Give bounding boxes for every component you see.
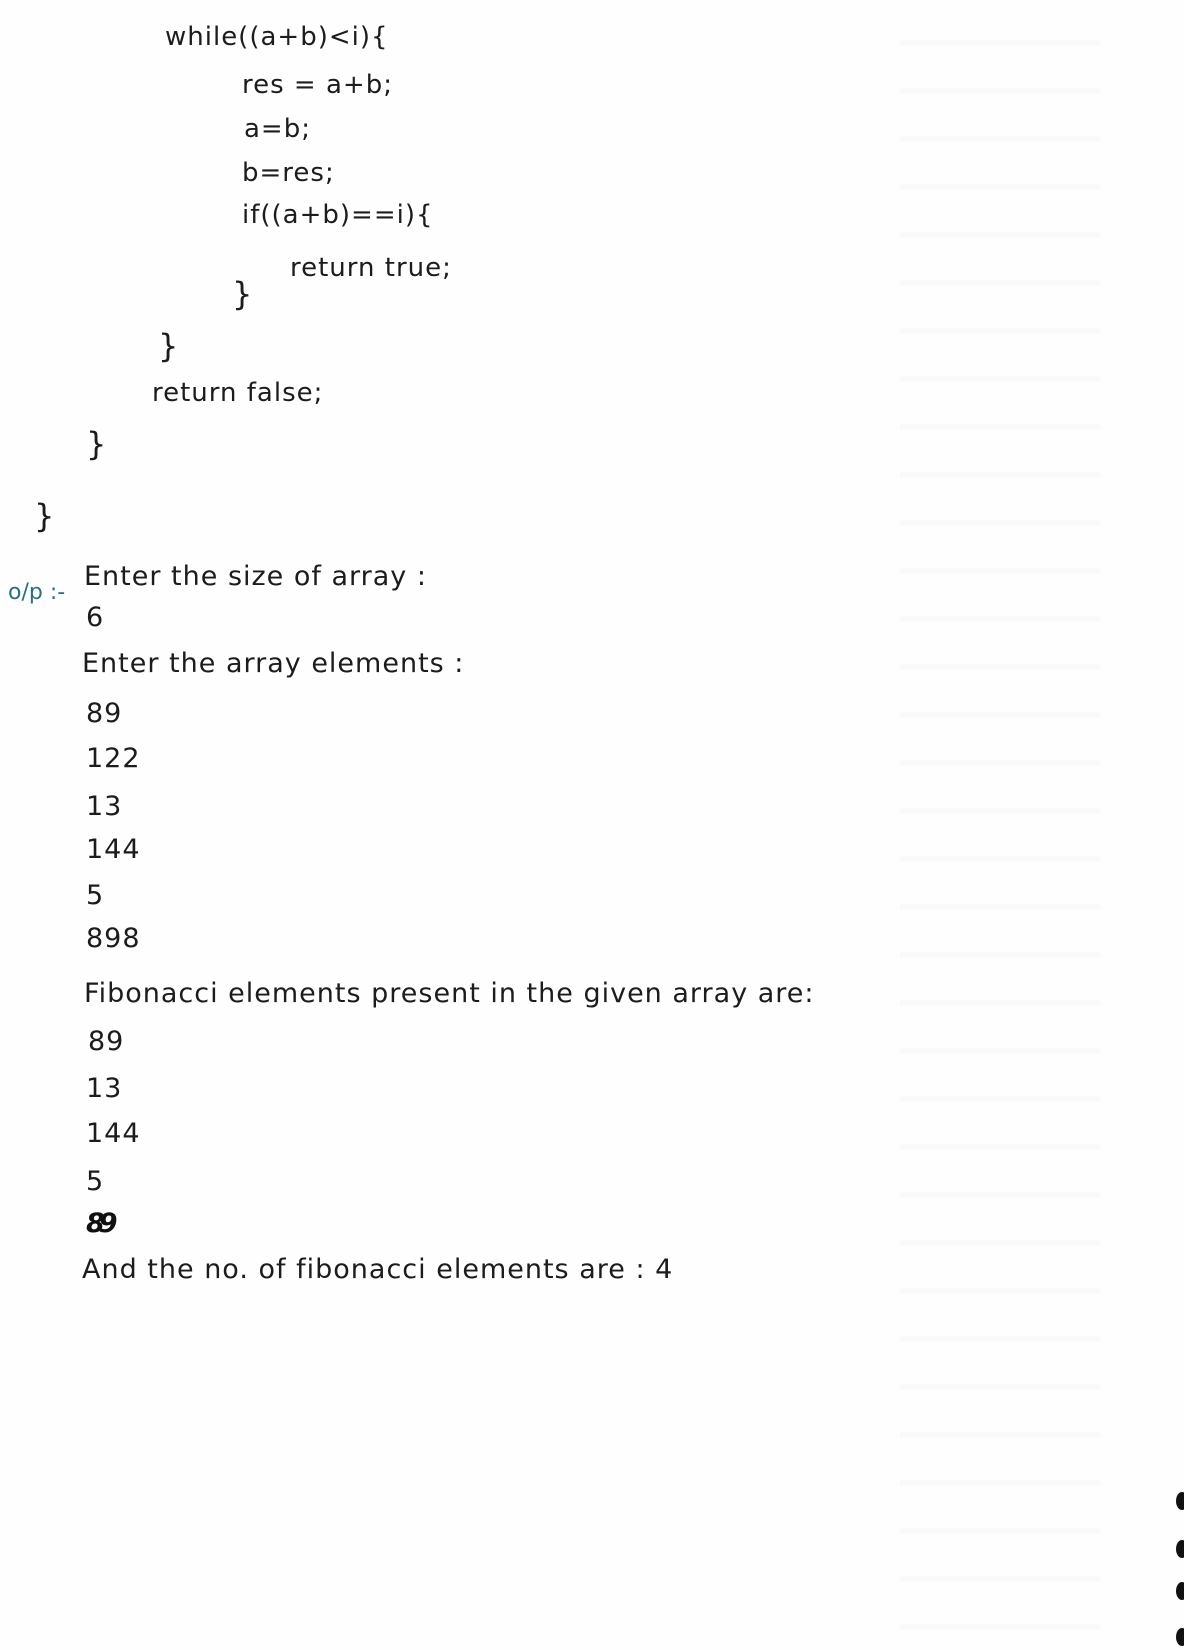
code-line-a-assign: a=b; — [244, 116, 311, 142]
code-brace-class-close: } — [34, 500, 55, 532]
code-brace-if-close: } — [232, 278, 253, 310]
prompt-array-elements: Enter the array elements : — [82, 650, 464, 677]
bleed-through-texture — [900, 0, 1100, 1650]
struck-out-value: 89 — [86, 1210, 112, 1237]
code-line-b-assign: b=res; — [242, 160, 335, 186]
code-line-if: if((a+b)==i){ — [242, 202, 434, 228]
fibonacci-count-line: And the no. of fibonacci elements are : … — [82, 1256, 673, 1283]
output-label: o/p :- — [8, 580, 65, 605]
binding-hole-icon — [1176, 1628, 1184, 1646]
prompt-array-size: Enter the size of array : — [84, 563, 427, 590]
code-line-return-true: return true; — [290, 255, 452, 281]
code-line-while: while((a+b)<i){ — [165, 24, 389, 50]
input-element: 5 — [86, 882, 104, 909]
code-brace-method-close: } — [86, 428, 107, 460]
fibonacci-element: 5 — [86, 1168, 104, 1195]
fibonacci-element: 89 — [88, 1028, 124, 1055]
code-line-return-false: return false; — [152, 380, 323, 406]
input-element: 89 — [86, 700, 122, 727]
fibonacci-result-heading: Fibonacci elements present in the given … — [84, 980, 815, 1007]
binding-hole-icon — [1176, 1582, 1184, 1600]
notebook-page: while((a+b)<i){ res = a+b; a=b; b=res; i… — [0, 0, 1184, 1650]
fibonacci-element: 13 — [86, 1075, 122, 1102]
input-element: 144 — [86, 836, 141, 863]
binding-hole-icon — [1176, 1540, 1184, 1558]
array-size-value: 6 — [86, 604, 104, 631]
input-element: 122 — [86, 745, 141, 772]
input-element: 898 — [86, 925, 141, 952]
binding-hole-icon — [1176, 1492, 1184, 1510]
fibonacci-element: 144 — [86, 1120, 141, 1147]
code-line-res-assign: res = a+b; — [242, 72, 393, 98]
code-brace-while-close: } — [158, 330, 179, 362]
input-element: 13 — [86, 793, 122, 820]
